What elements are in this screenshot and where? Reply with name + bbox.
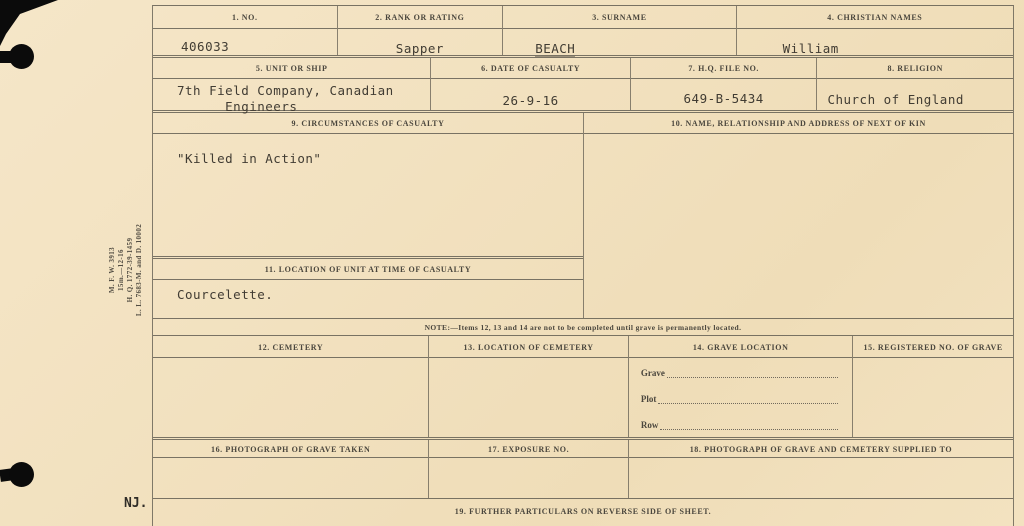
form-row-2: 5. UNIT OR SHIP 7th Field Company, Canad…	[153, 58, 1013, 113]
field-grave-location: 14. GRAVE LOCATION Grave Plot Row	[628, 336, 852, 437]
field-date-of-casualty-label: 6. DATE OF CASUALTY	[431, 58, 630, 79]
field-no-value: 406033	[181, 39, 229, 54]
field-registered-no: 15. REGISTERED NO. OF GRAVE	[852, 336, 1013, 437]
left-column: 9. CIRCUMSTANCES OF CASUALTY "Killed in …	[153, 113, 583, 318]
field-no-label: 1. NO.	[153, 6, 337, 29]
field-location-of-unit: 11. LOCATION OF UNIT AT TIME OF CASUALTY…	[153, 259, 583, 318]
dotted-leader	[658, 394, 838, 404]
form-photo-row: 16. PHOTOGRAPH OF GRAVE TAKEN 17. EXPOSU…	[153, 440, 1013, 498]
field-hq-file-no-value: 649-B-5434	[631, 91, 817, 106]
field-christian-names: 4. CHRISTIAN NAMES William	[736, 6, 1013, 55]
form-row-1: 1. NO. 406033 2. RANK OR RATING Sapper 3…	[153, 6, 1013, 58]
form-cemetery-row: 12. CEMETERY 13. LOCATION OF CEMETERY 14…	[153, 336, 1013, 440]
plot-line-prefix: Plot	[641, 394, 659, 404]
field-rank-label: 2. RANK OR RATING	[338, 6, 503, 29]
field-religion: 8. RELIGION Church of England	[816, 58, 1013, 110]
field-cemetery: 12. CEMETERY	[153, 336, 428, 437]
field-date-of-casualty: 6. DATE OF CASUALTY 26-9-16	[430, 58, 630, 110]
field-rank: 2. RANK OR RATING Sapper	[337, 6, 503, 55]
field-location-of-unit-value: Courcelette.	[177, 287, 273, 302]
plot-line: Plot	[641, 394, 838, 404]
field-surname: 3. SURNAME BEACH	[502, 6, 735, 55]
field-religion-value: Church of England	[827, 92, 963, 107]
field-surname-value: BEACH	[535, 41, 575, 57]
field-photo-taken-label: 16. PHOTOGRAPH OF GRAVE TAKEN	[153, 440, 428, 458]
dotted-leader	[667, 368, 838, 378]
field-location-of-cemetery: 13. LOCATION OF CEMETERY	[428, 336, 628, 437]
field-registered-no-label: 15. REGISTERED NO. OF GRAVE	[853, 336, 1013, 358]
field-no: 1. NO. 406033	[153, 6, 337, 55]
dotted-leader	[660, 420, 838, 430]
field-location-of-unit-label: 11. LOCATION OF UNIT AT TIME OF CASUALTY	[153, 259, 583, 280]
field-unit-value: 7th Field Company, Canadian Engineers	[177, 83, 394, 115]
row-line: Row	[641, 420, 838, 430]
field-rank-value: Sapper	[338, 41, 503, 56]
field-cemetery-label: 12. CEMETERY	[153, 336, 428, 358]
field-further-particulars: 19. FURTHER PARTICULARS ON REVERSE SIDE …	[153, 498, 1013, 526]
casualty-form: 1. NO. 406033 2. RANK OR RATING Sapper 3…	[152, 5, 1014, 526]
field-photo-supplied: 18. PHOTOGRAPH OF GRAVE AND CEMETERY SUP…	[628, 440, 1013, 498]
field-circumstances-value: "Killed in Action"	[177, 151, 321, 166]
grave-line-prefix: Grave	[641, 368, 667, 378]
form-middle-section: 9. CIRCUMSTANCES OF CASUALTY "Killed in …	[153, 113, 1013, 318]
field-exposure-no-label: 17. EXPOSURE NO.	[429, 440, 628, 458]
field-hq-file-no: 7. H.Q. FILE NO. 649-B-5434	[630, 58, 817, 110]
field-photo-taken: 16. PHOTOGRAPH OF GRAVE TAKEN	[153, 440, 428, 498]
field-circumstances-label: 9. CIRCUMSTANCES OF CASUALTY	[153, 113, 583, 134]
field-religion-label: 8. RELIGION	[817, 58, 1013, 79]
field-exposure-no: 17. EXPOSURE NO.	[428, 440, 628, 498]
field-photo-supplied-label: 18. PHOTOGRAPH OF GRAVE AND CEMETERY SUP…	[629, 440, 1013, 458]
grave-line: Grave	[641, 368, 838, 378]
printers-mark: M. F. W. 3913 15m.—12-16 H. Q. 1772-39-1…	[108, 206, 152, 334]
field-next-of-kin-label: 10. NAME, RELATIONSHIP AND ADDRESS OF NE…	[584, 113, 1013, 134]
field-christian-names-label: 4. CHRISTIAN NAMES	[737, 6, 1013, 29]
field-surname-label: 3. SURNAME	[503, 6, 735, 29]
field-christian-names-value: William	[783, 41, 839, 56]
field-grave-location-label: 14. GRAVE LOCATION	[629, 336, 852, 358]
field-circumstances: 9. CIRCUMSTANCES OF CASUALTY "Killed in …	[153, 113, 583, 259]
row-line-prefix: Row	[641, 420, 661, 430]
casualty-record-card: { "fields": { "no": { "label": "1. NO.",…	[0, 0, 1024, 526]
field-date-of-casualty-value: 26-9-16	[431, 93, 630, 108]
field-unit: 5. UNIT OR SHIP 7th Field Company, Canad…	[153, 58, 430, 110]
field-next-of-kin: 10. NAME, RELATIONSHIP AND ADDRESS OF NE…	[583, 113, 1013, 318]
field-unit-label: 5. UNIT OR SHIP	[153, 58, 430, 79]
form-note: NOTE:—Items 12, 13 and 14 are not to be …	[153, 318, 1013, 336]
scan-corner-shadow	[0, 0, 62, 46]
field-hq-file-no-label: 7. H.Q. FILE NO.	[631, 58, 817, 79]
initials-annotation: NJ.	[124, 496, 147, 511]
field-location-of-cemetery-label: 13. LOCATION OF CEMETERY	[429, 336, 628, 358]
